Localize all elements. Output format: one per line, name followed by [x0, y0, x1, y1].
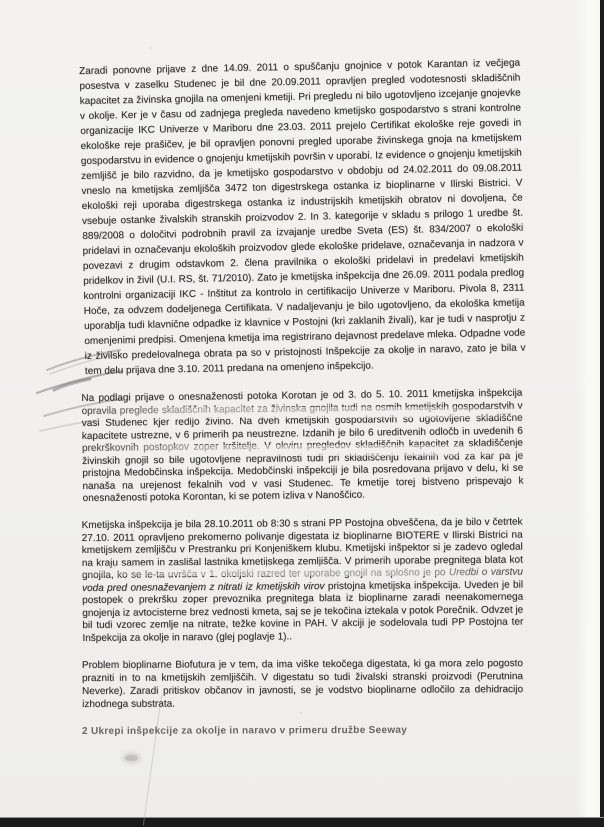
section-heading: 2 Ukrepi inšpekcije za okolje in naravo …	[82, 723, 523, 738]
page-right-edge-highlight	[576, 0, 600, 827]
scanned-document-page: Zaradi ponovne prijave z dne 14.09. 2011…	[0, 0, 604, 827]
gray-smudge	[125, 755, 138, 761]
paragraph-1: Zaradi ponovne prijave z dne 14.09. 2011…	[79, 56, 526, 379]
paragraph-2: Na podlagi prijave o onesnaženosti potok…	[81, 388, 523, 506]
scanner-background-bottom	[0, 817, 604, 827]
paragraph-4: Problem bioplinarne Biofutura je v tem, …	[82, 657, 523, 711]
scanner-background-right	[600, 0, 604, 827]
paragraph-3: Kmetijska inšpekcija je bila 28.10.2011 …	[82, 516, 524, 644]
document-text-block: Zaradi ponovne prijave z dne 14.09. 2011…	[82, 64, 523, 752]
dust-speck	[150, 47, 152, 49]
